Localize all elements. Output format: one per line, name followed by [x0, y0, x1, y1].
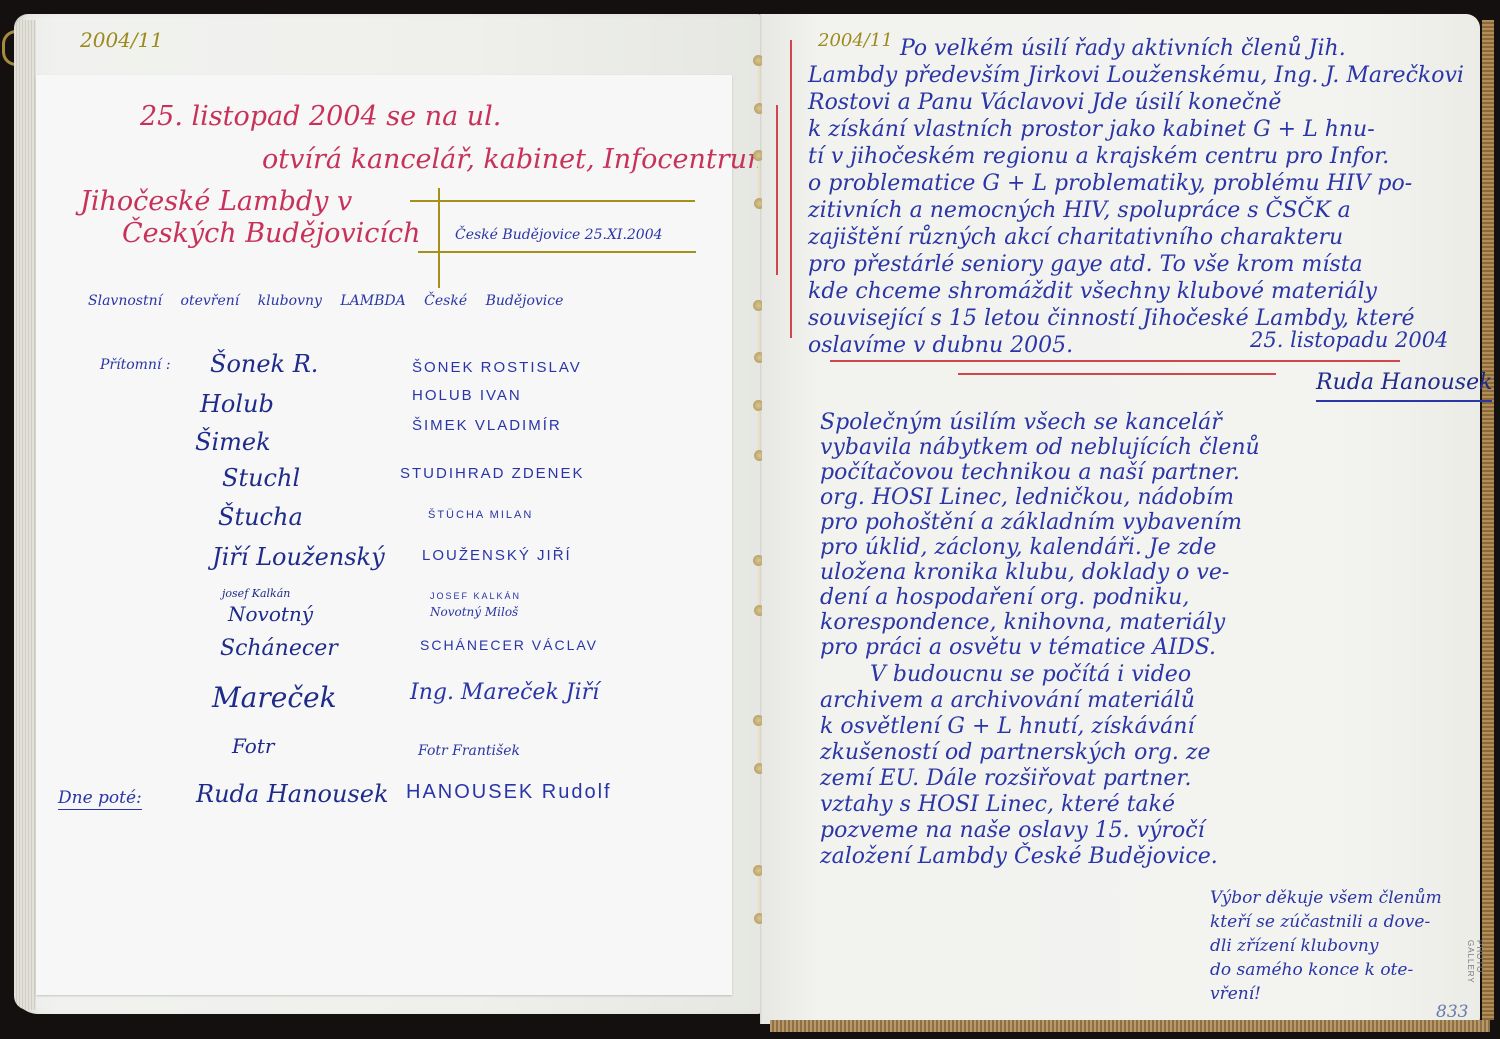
heading-line-3: Jihočeské Lambdy v	[80, 188, 352, 215]
stamp-text: České Budějovice 25.XI.2004	[455, 228, 663, 242]
page-number: 833	[1436, 1004, 1468, 1021]
printed-name: Fotr František	[418, 744, 520, 758]
heading-line-1: 25. listopad 2004 se na ul.	[140, 103, 501, 130]
divider-line-1	[830, 360, 1400, 362]
printed-name: ŠIMEK VLADIMÍR	[412, 418, 562, 433]
later-label: Dne poté:	[58, 790, 142, 810]
printed-name: JOSEF KALKÁN	[430, 592, 521, 601]
heading-line-2: otvírá kancelář, kabinet, Infocentrum	[262, 146, 773, 173]
printed-name: ŠONEK ROSTISLAV	[412, 360, 582, 375]
divider-line-2	[958, 373, 1276, 375]
later-signature: Ruda Hanousek	[196, 782, 389, 806]
left-page-edge	[14, 20, 36, 1010]
paragraph-2: Společným úsilím všech se kancelář vybav…	[820, 410, 1260, 670]
paragraph-1-date: 25. listopadu 2004	[1250, 330, 1448, 351]
signature: Šimek	[195, 430, 271, 454]
signature: Štucha	[218, 505, 303, 529]
signature-ruda-hanousek: Ruda Hanousek	[1316, 372, 1492, 402]
margin-line-inner	[776, 105, 778, 275]
signature: Schánecer	[220, 638, 338, 660]
printed-name: SCHÁNECER VÁCLAV	[420, 638, 598, 652]
printed-name: STUDIHRAD ZDENEK	[400, 466, 585, 481]
ceremony-line: Slavnostní otevření klubovny LAMBDA Česk…	[88, 294, 563, 308]
signature: josef Kalkán	[222, 588, 290, 599]
signature: Mareček	[212, 684, 337, 712]
printed-name: HOLUB IVAN	[412, 388, 522, 403]
printed-name: LOUŽENSKÝ JIŘÍ	[422, 548, 572, 563]
signature: Holub	[200, 392, 274, 416]
book-spread: 2004/11 25. listopad 2004 se na ul. otví…	[0, 0, 1500, 1039]
signature: Šonek R.	[210, 352, 318, 376]
printed-name: ŠTÜCHA MILAN	[428, 510, 533, 521]
margin-line-outer	[790, 40, 792, 338]
later-printed-name: HANOUSEK Rudolf	[406, 782, 612, 802]
heading-line-4: Českých Budějovicích	[122, 220, 420, 247]
paragraph-3: V budoucnu se počítá i video archivem a …	[820, 662, 1260, 882]
left-date-mark: 2004/11	[80, 30, 163, 50]
signature: Novotný	[228, 604, 313, 624]
signature: Jiří Louženský	[212, 545, 385, 569]
right-page-edge	[1482, 20, 1494, 1020]
photo-gallery-watermark: PHOTO GALLERY	[1466, 940, 1484, 984]
present-label: Přítomní :	[100, 358, 171, 372]
signature: Stuchl	[222, 466, 300, 490]
printed-name: Novotný Miloš	[430, 606, 518, 618]
paragraph-1: Po velkém úsilí řady aktivních členů Jih…	[808, 36, 1478, 356]
printed-name: Ing. Mareček Jiří	[410, 682, 599, 704]
signature: Fotr	[232, 736, 274, 756]
